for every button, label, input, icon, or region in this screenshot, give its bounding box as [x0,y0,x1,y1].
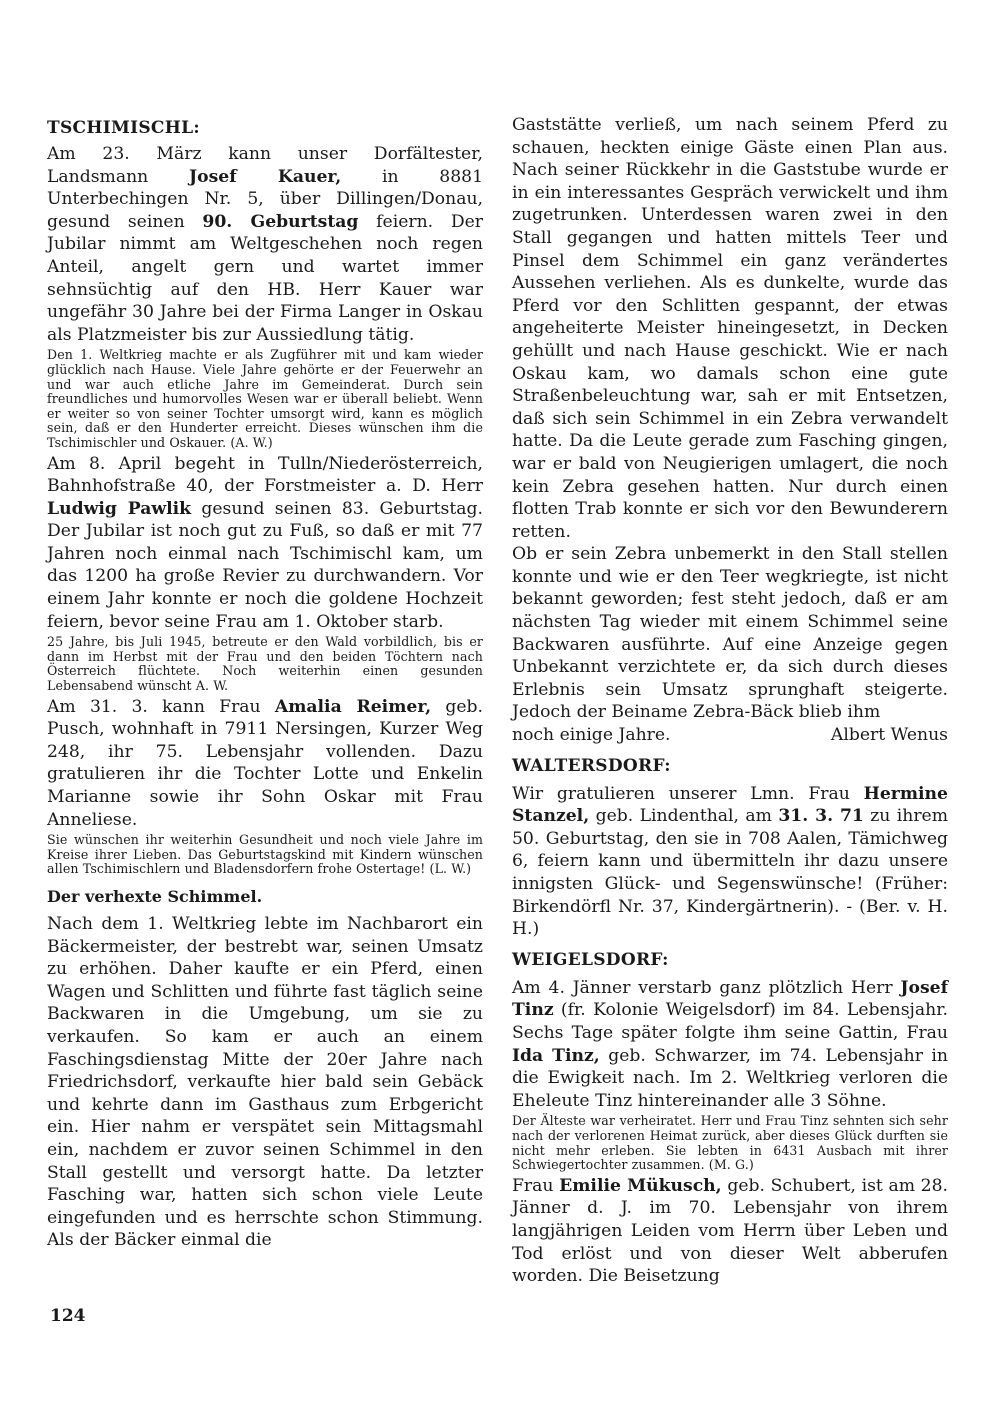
paragraph-pawlik: Am 8. April begeht in Tulln/Niederösterr… [47,453,483,634]
name-ludwig-pawlik: Ludwig Pawlik [47,499,191,519]
page-number: 124 [50,1306,86,1326]
section-heading-weigelsdorf: WEIGELSDORF: [512,949,948,971]
section-heading-tschimischl: TSCHIMISCHL: [47,117,483,139]
name-amalia-reimer: Amalia Reimer, [275,697,431,717]
paragraph-stanzel: Wir gratulieren unserer Lmn. Frau Hermin… [512,783,948,941]
small-paragraph-tinz: Der Älteste war verheiratet. Herr und Fr… [512,1114,948,1172]
name-emilie-muekusch: Emilie Mükusch, [559,1176,722,1196]
paragraph-tinz: Am 4. Jänner verstarb ganz plötzlich Her… [512,977,948,1113]
name-ida-tinz: Ida Tinz, [512,1046,600,1066]
story-author: Albert Wenus [831,724,948,747]
paragraph-reimer: Am 31. 3. kann Frau Amalia Reimer, geb. … [47,696,483,832]
paragraph-kauer: Am 23. März kann unser Dorfältester, Lan… [47,143,483,346]
left-column: TSCHIMISCHL: Am 23. März kann unser Dorf… [47,117,483,1252]
small-paragraph-kauer: Den 1. Weltkrieg machte er als Zugführer… [47,348,483,450]
story-paragraph-continued: Gaststätte verließ, um nach seinem Pferd… [512,114,948,543]
story-paragraph-2: Ob er sein Zebra unbemerkt in den Stall … [512,543,948,724]
right-column: Gaststätte verließ, um nach seinem Pferd… [512,114,948,1288]
small-paragraph-pawlik: 25 Jahre, bis Juli 1945, betreute er den… [47,635,483,693]
story-paragraph-1: Nach dem 1. Weltkrieg lebte im Nachbaror… [47,913,483,1252]
story-last-line: noch einige Jahre. [512,724,671,747]
name-josef-kauer: Josef Kauer, [189,167,341,187]
birthday-highlight: 90. Geburtstag [202,212,358,232]
paragraph-muekusch: Frau Emilie Mükusch, geb. Schubert, ist … [512,1175,948,1288]
section-heading-waltersdorf: WALTERSDORF: [512,755,948,777]
small-paragraph-reimer: Sie wünschen ihr weiterhin Gesundheit un… [47,833,483,877]
date-highlight: 31. 3. 71 [778,806,864,826]
story-signature-line: noch einige Jahre. Albert Wenus [512,724,948,747]
story-title: Der verhexte Schimmel. [47,887,483,907]
